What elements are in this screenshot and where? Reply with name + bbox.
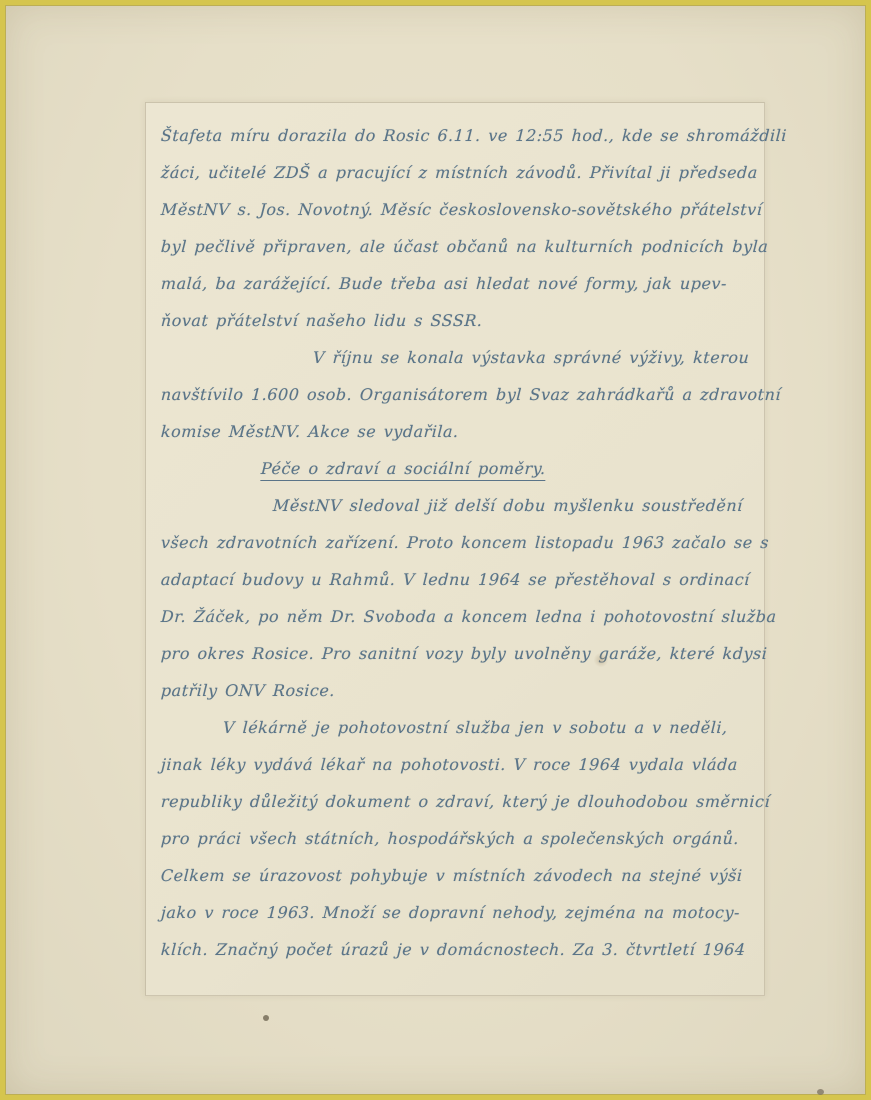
paper-smudge	[593, 653, 609, 667]
handwritten-line: jinak léky vydává lékař na pohotovosti. …	[160, 746, 760, 783]
handwritten-line: žáci, učitelé ZDŠ a pracující z místních…	[160, 154, 760, 191]
handwritten-line: MěstNV s. Jos. Novotný. Měsíc českoslove…	[160, 191, 760, 228]
handwritten-line: jako v roce 1963. Množí se dopravní neho…	[160, 894, 760, 931]
page-scan: Štafeta míru dorazila do Rosic 6.11. ve …	[0, 0, 871, 1100]
text-block: Štafeta míru dorazila do Rosic 6.11. ve …	[160, 117, 758, 991]
handwritten-line: pro práci všech státních, hospodářských …	[160, 820, 760, 857]
handwritten-line: MěstNV sledoval již delší dobu myšlenku …	[272, 487, 760, 524]
section-heading: Péče o zdraví a sociální poměry.	[260, 450, 760, 487]
pasted-sheet: Štafeta míru dorazila do Rosic 6.11. ve …	[145, 102, 765, 996]
handwritten-line: klích. Značný počet úrazů je v domácnost…	[160, 931, 760, 968]
handwritten-line: adaptací budovy u Rahmů. V lednu 1964 se…	[160, 561, 760, 598]
handwritten-line: Štafeta míru dorazila do Rosic 6.11. ve …	[160, 117, 760, 154]
handwritten-line: V lékárně je pohotovostní služba jen v s…	[222, 709, 760, 746]
paper-speck	[817, 1089, 824, 1095]
handwritten-line: ňovat přátelství našeho lidu s SSSR.	[160, 302, 760, 339]
handwritten-line: Celkem se úrazovost pohybuje v místních …	[160, 857, 760, 894]
handwritten-line: pro okres Rosice. Pro sanitní vozy byly …	[160, 635, 760, 672]
handwritten-line: komise MěstNV. Akce se vydařila.	[160, 413, 760, 450]
handwritten-line: všech zdravotních zařízení. Proto koncem…	[160, 524, 760, 561]
handwritten-line: Dr. Žáček, po něm Dr. Svoboda a koncem l…	[160, 598, 760, 635]
handwritten-line: malá, ba zarážející. Bude třeba asi hled…	[160, 265, 760, 302]
handwritten-line: patřily ONV Rosice.	[160, 672, 760, 709]
handwritten-line: V říjnu se konala výstavka správné výživ…	[312, 339, 760, 376]
handwritten-line: republiky důležitý dokument o zdraví, kt…	[160, 783, 760, 820]
paper-speck	[263, 1015, 269, 1021]
handwritten-line: navštívilo 1.600 osob. Organisátorem byl…	[160, 376, 760, 413]
handwritten-line: byl pečlivě připraven, ale účast občanů …	[160, 228, 760, 265]
